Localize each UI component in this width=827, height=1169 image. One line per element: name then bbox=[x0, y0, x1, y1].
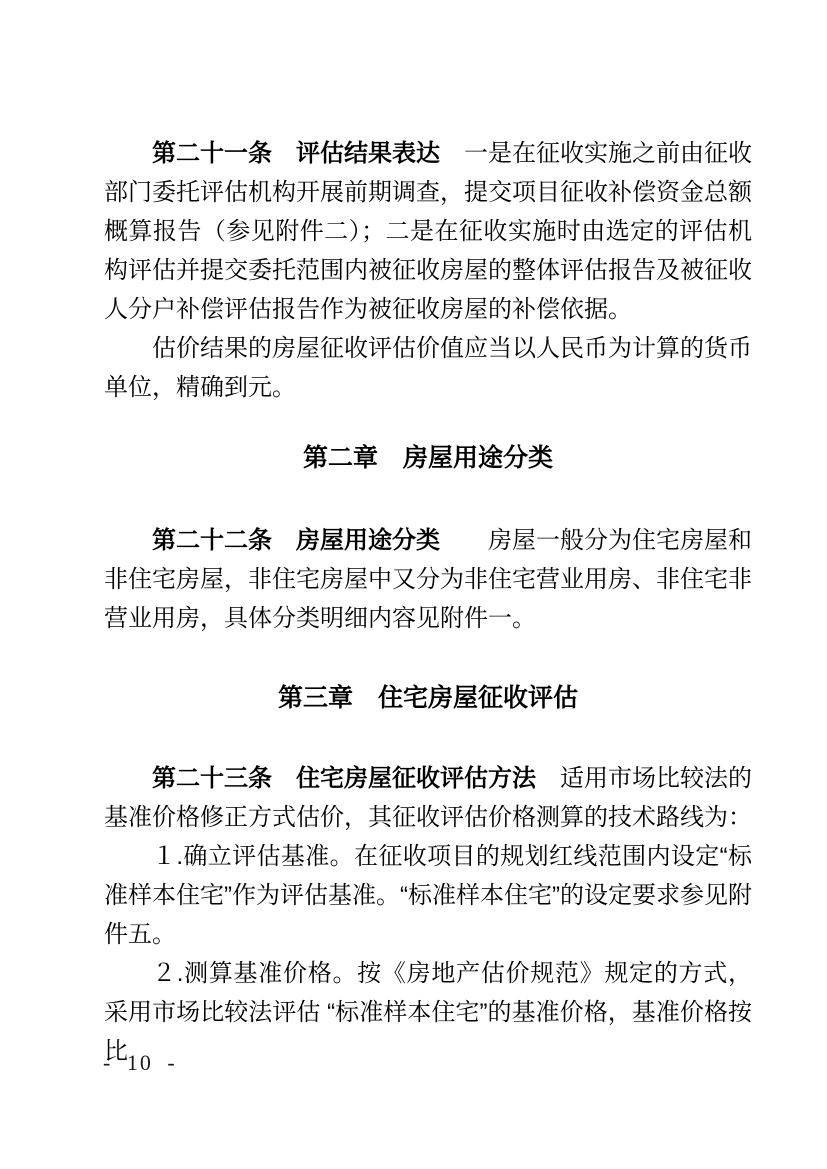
article-23-paragraph: 第二十三条 住宅房屋征收评估方法 适用市场比较法的基准价格修正方式估价，其征收评… bbox=[104, 759, 752, 837]
chapter-3-heading: 第三章 住宅房屋征收评估 bbox=[104, 679, 752, 718]
page-number: - 10 - bbox=[103, 1050, 177, 1076]
method-step-1-paragraph: １.确立评估基准。在征收项目的规划红线范围内设定“标准样本住宅”作为评估基准。“… bbox=[104, 837, 752, 954]
article-21-title: 第二十一条 评估结果表达 bbox=[152, 140, 440, 167]
document-page: 第二十一条 评估结果表达 一是在征收实施之前由征收部门委托评估机构开展前期调查，… bbox=[0, 0, 827, 1169]
article-21-text: 一是在征收实施之前由征收部门委托评估机构开展前期调查，提交项目征收补偿资金总额概… bbox=[104, 140, 752, 323]
article-22-title: 第二十二条 房屋用途分类 bbox=[152, 527, 440, 554]
method-step-2-paragraph: ２.测算基准价格。按《房地产估价规范》规定的方式，采用市场比较法评估 “标准样本… bbox=[104, 954, 752, 1071]
article-23-title: 第二十三条 住宅房屋征收评估方法 bbox=[152, 765, 536, 792]
article-22-paragraph: 第二十二条 房屋用途分类 房屋一般分为住宅房屋和非住宅房屋，非住宅房屋中又分为非… bbox=[104, 521, 752, 638]
document-body: 第二十一条 评估结果表达 一是在征收实施之前由征收部门委托评估机构开展前期调查，… bbox=[104, 134, 752, 1071]
currency-unit-paragraph: 估价结果的房屋征收评估价值应当以人民币为计算的货币单位，精确到元。 bbox=[104, 329, 752, 407]
chapter-2-heading: 第二章 房屋用途分类 bbox=[104, 439, 752, 478]
article-21-paragraph: 第二十一条 评估结果表达 一是在征收实施之前由征收部门委托评估机构开展前期调查，… bbox=[104, 134, 752, 329]
